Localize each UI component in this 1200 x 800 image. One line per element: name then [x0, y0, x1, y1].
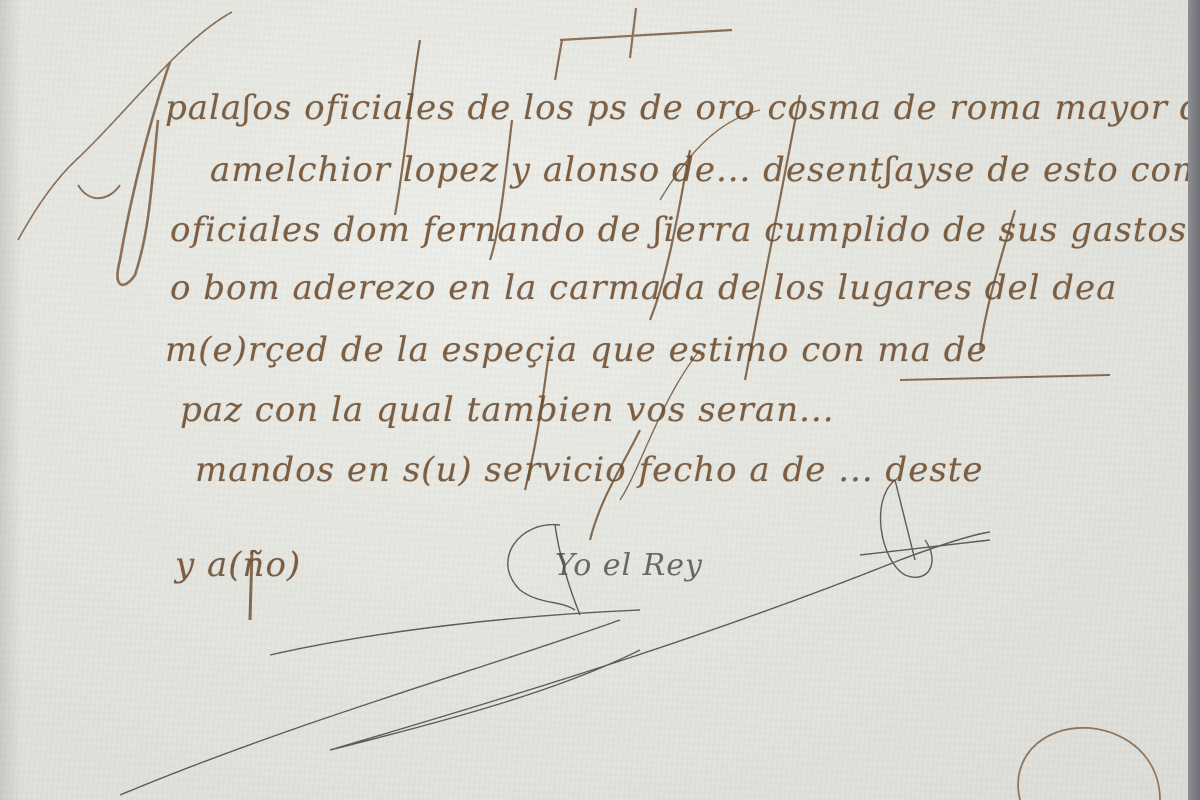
manuscript-line-4: o bom aderezo en la carmada de los lugar…	[170, 268, 1117, 308]
page-edge-shadow	[1188, 0, 1200, 800]
manuscript-line-7: mandos en s(u) servicio fecho a de ... d…	[195, 450, 984, 490]
manuscript-line-2: amelchior lopez y alonso de... desentʃay…	[210, 150, 1188, 190]
lower-right-loop	[1018, 728, 1160, 800]
top-cross-mark	[555, 8, 732, 80]
manuscript-line-8: y a(ño)	[175, 545, 301, 585]
manuscript-page: palaʃos oficiales de los ps de oro cosma…	[0, 0, 1188, 800]
manuscript-line-1: palaʃos oficiales de los ps de oro cosma…	[165, 88, 1188, 128]
manuscript-line-5: m(e)rçed de la espeçia que estimo con ma…	[165, 330, 988, 370]
manuscript-line-6: paz con la qual tambien vos seran...	[180, 390, 835, 430]
manuscript-line-3: oficiales dom fernando de ʃierra cumplid…	[170, 210, 1187, 250]
signature-rubric	[120, 480, 990, 795]
royal-signature: Yo el Rey	[555, 548, 703, 583]
